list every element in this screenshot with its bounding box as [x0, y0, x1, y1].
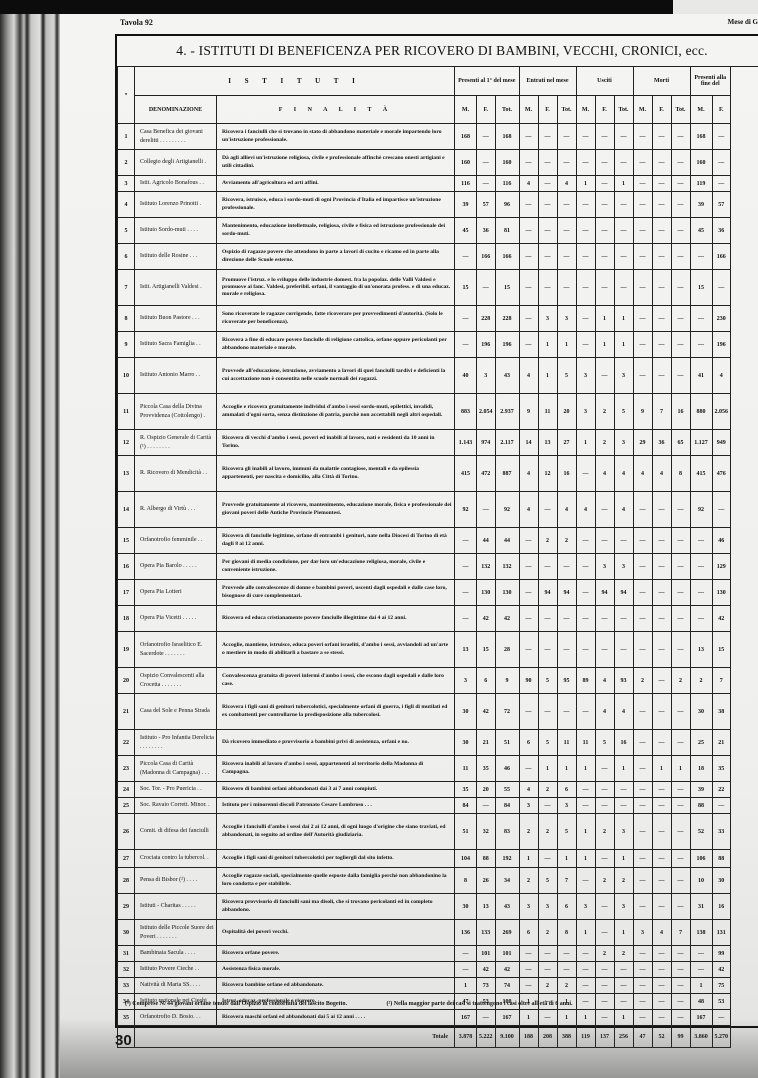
value-cell: — [652, 694, 671, 730]
value-cell: 29 [633, 430, 652, 456]
value-cell: 166 [477, 244, 496, 270]
value-cell: 81 [495, 218, 519, 244]
value-cell: — [557, 192, 576, 218]
value-cell: 51 [495, 730, 519, 756]
value-cell: — [671, 528, 690, 554]
institute-name: Opera Pia Vicetti . . . . . [135, 606, 217, 632]
value-cell: 472 [477, 456, 496, 492]
value-cell: 18 [690, 756, 712, 782]
value-cell: — [595, 798, 614, 814]
value-cell: 132 [477, 554, 496, 580]
institute-purpose: Promuove l'istruz. e lo sviluppo delle i… [217, 270, 455, 306]
subheader-cell: F. [652, 96, 671, 124]
table-label: Tavola 92 [120, 18, 153, 27]
group-header-presenti-fine: Presenti alla fine del [690, 67, 731, 96]
subheader-cell: F. [712, 96, 731, 124]
institute-name: Soc. Ravaio Corrett. Minor. . [135, 798, 217, 814]
value-cell: — [538, 176, 557, 192]
value-cell: 88 [712, 850, 731, 868]
value-cell: 1 [576, 920, 595, 946]
value-cell: 16 [614, 730, 633, 756]
value-cell: — [455, 580, 477, 606]
value-cell: — [595, 244, 614, 270]
value-cell: — [595, 782, 614, 798]
institute-purpose: Avviamento all'agricoltura ed arti affin… [217, 176, 455, 192]
value-cell: — [519, 150, 538, 176]
row-index: 6 [118, 244, 135, 270]
value-cell: 3 [519, 798, 538, 814]
value-cell: — [519, 606, 538, 632]
value-cell: 21 [477, 730, 496, 756]
denominazione-header: DENOMINAZIONE [135, 96, 217, 124]
value-cell: 11 [557, 730, 576, 756]
value-cell: — [576, 528, 595, 554]
value-cell: 5 [538, 868, 557, 894]
value-cell: 4 [519, 456, 538, 492]
value-cell: — [633, 176, 652, 192]
institute-name: Orfanotrofio Israelitico E. Sacerdote . … [135, 632, 217, 668]
value-cell: 101 [477, 946, 496, 962]
value-cell: 415 [690, 456, 712, 492]
value-cell: — [690, 962, 712, 978]
value-cell: 42 [712, 962, 731, 978]
value-cell: 130 [712, 580, 731, 606]
value-cell: 2 [633, 668, 652, 694]
value-cell: 94 [614, 580, 633, 606]
value-cell: — [576, 632, 595, 668]
row-index: 9 [118, 332, 135, 358]
value-cell: — [557, 632, 576, 668]
subheader-cell: F. [538, 96, 557, 124]
value-cell: — [633, 218, 652, 244]
value-cell: — [538, 850, 557, 868]
value-cell: 42 [495, 962, 519, 978]
value-cell: 1 [671, 756, 690, 782]
value-cell: 2 [671, 668, 690, 694]
value-cell: — [519, 528, 538, 554]
value-cell: 4 [614, 456, 633, 492]
institute-name: Ospizio Convalescenti alla Crocetta . . … [135, 668, 217, 694]
value-cell: 1 [557, 850, 576, 868]
institute-name: Orfanotrofio femminile . . [135, 528, 217, 554]
value-cell: 2 [538, 978, 557, 994]
value-cell: — [633, 894, 652, 920]
value-cell: 4 [576, 492, 595, 528]
subheader-cell: F. [477, 96, 496, 124]
value-cell: 4 [519, 176, 538, 192]
value-cell: — [614, 244, 633, 270]
value-cell: — [477, 798, 496, 814]
value-cell: — [455, 306, 477, 332]
value-cell: 4 [557, 492, 576, 528]
institute-name: Piccola Casa di Carità (Madonna di Campa… [135, 756, 217, 782]
value-cell: 73 [477, 978, 496, 994]
value-cell: 16 [712, 894, 731, 920]
finalita-header: F I N A L I T À [217, 96, 455, 124]
value-cell: 30 [455, 694, 477, 730]
value-cell: — [671, 694, 690, 730]
value-cell: 116 [455, 176, 477, 192]
row-index: 22 [118, 730, 135, 756]
value-cell: — [595, 632, 614, 668]
value-cell: — [671, 814, 690, 850]
value-cell: — [595, 850, 614, 868]
value-cell: 166 [495, 244, 519, 270]
value-cell: 4 [614, 694, 633, 730]
table-row: 11Piccola Casa della Divina Provvidenza … [118, 394, 731, 430]
value-cell: — [538, 270, 557, 306]
value-cell: 1.127 [690, 430, 712, 456]
value-cell: — [633, 756, 652, 782]
value-cell: 20 [557, 394, 576, 430]
value-cell: — [519, 580, 538, 606]
institute-purpose: Ricovera orfane povere. [217, 946, 455, 962]
table-row: 7Istit. Artigianelli Valdesi .Promuove l… [118, 270, 731, 306]
value-cell: — [519, 332, 538, 358]
value-cell: 3 [538, 306, 557, 332]
value-cell: — [576, 782, 595, 798]
institute-name: Collegio degli Artigianelli . [135, 150, 217, 176]
value-cell: — [538, 124, 557, 150]
value-cell: — [595, 270, 614, 306]
institute-name: Comit. di difesa dei fanciulli [135, 814, 217, 850]
value-cell: — [538, 150, 557, 176]
value-cell: — [614, 218, 633, 244]
institute-purpose: Ricovero di bambini orfani abbandonati d… [217, 782, 455, 798]
value-cell: — [576, 798, 595, 814]
institute-name: R. Albergo di Virtù . . . [135, 492, 217, 528]
value-cell: — [671, 244, 690, 270]
value-cell: — [652, 850, 671, 868]
value-cell: — [671, 868, 690, 894]
institute-name: Istituto Sacra Famiglia . . [135, 332, 217, 358]
value-cell: — [652, 730, 671, 756]
value-cell: 196 [477, 332, 496, 358]
row-index: 4 [118, 192, 135, 218]
value-cell: — [652, 150, 671, 176]
value-cell: — [519, 218, 538, 244]
institute-name: Natività di Maria SS. . . . [135, 978, 217, 994]
value-cell: 2 [614, 868, 633, 894]
row-index: 12 [118, 430, 135, 456]
value-cell: 6 [557, 782, 576, 798]
value-cell: — [690, 244, 712, 270]
value-cell: 38 [712, 694, 731, 730]
value-cell: 12 [538, 456, 557, 492]
value-cell: — [557, 150, 576, 176]
value-cell: — [538, 632, 557, 668]
value-cell: 11 [538, 394, 557, 430]
value-cell: 1 [595, 306, 614, 332]
value-cell: 136 [455, 920, 477, 946]
value-cell: 5 [614, 394, 633, 430]
value-cell: — [633, 868, 652, 894]
value-cell: 84 [455, 798, 477, 814]
value-cell: — [633, 962, 652, 978]
value-cell: 1 [557, 756, 576, 782]
institute-purpose: Ricovera bambine orfane ed abbandonate. [217, 978, 455, 994]
book-binding [0, 14, 60, 1078]
institute-name: R. Ricovero di Mendicità . . [135, 456, 217, 492]
value-cell: — [557, 554, 576, 580]
value-cell: 99 [712, 946, 731, 962]
table-row: 2Collegio degli Artigianelli .Dà agli al… [118, 150, 731, 176]
value-cell: — [671, 978, 690, 994]
value-cell: 35 [477, 756, 496, 782]
table-row: 29Istituti - Charitas . . . . .Ricovera … [118, 894, 731, 920]
value-cell: 1 [652, 756, 671, 782]
value-cell: 13 [455, 632, 477, 668]
value-cell: — [595, 358, 614, 394]
document-page: Tavola 92 Mese di G 4. - ISTITUTI DI BEN… [60, 14, 758, 1078]
row-index: 7 [118, 270, 135, 306]
value-cell: — [614, 124, 633, 150]
table-row: 6Istituto delle Rosine . . .Ospizio di r… [118, 244, 731, 270]
value-cell: 1 [576, 814, 595, 850]
value-cell: — [538, 192, 557, 218]
value-cell: 1 [557, 332, 576, 358]
value-cell: — [538, 554, 557, 580]
subheader-cell: M. [690, 96, 712, 124]
value-cell: 8 [455, 868, 477, 894]
value-cell: 94 [557, 580, 576, 606]
institute-name: Istit. Artigianelli Valdesi . [135, 270, 217, 306]
value-cell: 2 [614, 946, 633, 962]
value-cell: 3 [614, 814, 633, 850]
value-cell: 880 [690, 394, 712, 430]
value-cell: 1 [576, 430, 595, 456]
value-cell: 2 [557, 528, 576, 554]
value-cell: — [538, 606, 557, 632]
value-cell: 230 [712, 306, 731, 332]
value-cell: — [671, 946, 690, 962]
subheader-cell: M. [455, 96, 477, 124]
value-cell: 160 [495, 150, 519, 176]
value-cell: 131 [712, 920, 731, 946]
row-index: 5 [118, 218, 135, 244]
value-cell: — [712, 798, 731, 814]
value-cell: 4 [595, 668, 614, 694]
value-cell: 1 [576, 176, 595, 192]
value-cell: — [595, 894, 614, 920]
value-cell: 94 [595, 580, 614, 606]
value-cell: 1 [538, 358, 557, 394]
value-cell: — [557, 270, 576, 306]
value-cell: 15 [455, 270, 477, 306]
value-cell: — [652, 244, 671, 270]
value-cell: 93 [614, 668, 633, 694]
table-frame: 4. - ISTITUTI DI BENEFICENZA PER RICOVER… [115, 34, 758, 1028]
institute-purpose: Dà ricovero immediato e provvisorio a ba… [217, 730, 455, 756]
value-cell: — [576, 580, 595, 606]
value-cell: 133 [477, 920, 496, 946]
value-cell: — [455, 244, 477, 270]
subheader-cell: M. [633, 96, 652, 124]
institute-purpose: Dà agli allievi un'istruzione religiosa,… [217, 150, 455, 176]
value-cell: 132 [495, 554, 519, 580]
value-cell: 11 [455, 756, 477, 782]
value-cell: 2 [595, 868, 614, 894]
value-cell: — [712, 270, 731, 306]
value-cell: — [652, 528, 671, 554]
value-cell: — [690, 528, 712, 554]
table-row: 14R. Albergo di Virtù . . .Provvede grat… [118, 492, 731, 528]
value-cell: — [633, 782, 652, 798]
value-cell: 2 [690, 668, 712, 694]
value-cell: 1 [576, 850, 595, 868]
value-cell: 1 [538, 756, 557, 782]
table-row: 17Opera Pia LotteriProvvede alle convale… [118, 580, 731, 606]
value-cell: 57 [477, 192, 496, 218]
value-cell: — [633, 554, 652, 580]
value-cell: 13 [477, 894, 496, 920]
scan-shadow [60, 1018, 758, 1078]
value-cell: — [671, 554, 690, 580]
value-cell: — [576, 306, 595, 332]
institute-name: Opera Pia Barolo . . . . . [135, 554, 217, 580]
value-cell: 6 [519, 920, 538, 946]
value-cell: — [538, 962, 557, 978]
value-cell: 228 [495, 306, 519, 332]
institute-name: Istituto - Pro Infantia Derelicta . . . … [135, 730, 217, 756]
value-cell: — [576, 244, 595, 270]
value-cell: — [652, 218, 671, 244]
value-cell: 36 [477, 218, 496, 244]
value-cell: 2.056 [712, 394, 731, 430]
value-cell: — [671, 782, 690, 798]
value-cell: — [652, 868, 671, 894]
value-cell: 9 [633, 394, 652, 430]
value-cell: 9 [519, 394, 538, 430]
value-cell: — [671, 730, 690, 756]
value-cell: 6 [519, 730, 538, 756]
value-cell: 30 [455, 730, 477, 756]
value-cell: — [652, 306, 671, 332]
row-index: 21 [118, 694, 135, 730]
institute-purpose: Ricovera inabili al lavoro d'ambo i sess… [217, 756, 455, 782]
value-cell: 2.054 [477, 394, 496, 430]
row-index: 31 [118, 946, 135, 962]
value-cell: — [633, 978, 652, 994]
value-cell: 30 [712, 868, 731, 894]
table-row: 3Istit. Agricolo Bonafous . .Avviamento … [118, 176, 731, 192]
value-cell: — [614, 606, 633, 632]
value-cell: — [633, 730, 652, 756]
value-cell: — [519, 244, 538, 270]
subheader-cell: Tot. [614, 96, 633, 124]
row-index: 33 [118, 978, 135, 994]
value-cell: — [614, 192, 633, 218]
value-cell: — [690, 946, 712, 962]
value-cell: — [671, 192, 690, 218]
value-cell: — [519, 756, 538, 782]
value-cell: — [557, 218, 576, 244]
value-cell: 1 [538, 332, 557, 358]
value-cell: 2 [538, 528, 557, 554]
value-cell: — [576, 456, 595, 492]
row-index: 19 [118, 632, 135, 668]
value-cell: 160 [690, 150, 712, 176]
value-cell: 1 [614, 756, 633, 782]
value-cell: — [633, 150, 652, 176]
value-cell: — [652, 492, 671, 528]
value-cell: — [477, 176, 496, 192]
value-cell: 3 [614, 894, 633, 920]
value-cell: 5 [538, 730, 557, 756]
value-cell: 55 [495, 782, 519, 798]
value-cell: 1 [614, 332, 633, 358]
table-row: 24Soc. Tor. - Pro Puericia . .Ricovero d… [118, 782, 731, 798]
value-cell: — [614, 962, 633, 978]
value-cell: — [671, 962, 690, 978]
value-cell: 3 [576, 394, 595, 430]
value-cell: — [652, 894, 671, 920]
value-cell: — [557, 124, 576, 150]
value-cell: — [595, 528, 614, 554]
value-cell: 3 [576, 894, 595, 920]
institute-name: Piccola Casa della Divina Provvidenza (C… [135, 394, 217, 430]
value-cell: — [595, 492, 614, 528]
value-cell: 30 [455, 894, 477, 920]
value-cell: 2 [538, 814, 557, 850]
value-cell: — [538, 798, 557, 814]
value-cell: — [576, 694, 595, 730]
institute-purpose: Mantenimento, educazione intellettuale, … [217, 218, 455, 244]
value-cell: — [671, 850, 690, 868]
value-cell: — [671, 124, 690, 150]
institute-purpose: Ricovera ed educa cristianamente povere … [217, 606, 455, 632]
value-cell: 72 [495, 694, 519, 730]
value-cell: 166 [712, 244, 731, 270]
value-cell: — [671, 332, 690, 358]
group-header-usciti: Usciti [576, 67, 633, 96]
value-cell: — [633, 580, 652, 606]
running-head: Mese di G [728, 18, 758, 26]
row-index: 27 [118, 850, 135, 868]
value-cell: 4 [614, 492, 633, 528]
table-row: 19Orfanotrofio Israelitico E. Sacerdote … [118, 632, 731, 668]
value-cell: 2.937 [495, 394, 519, 430]
value-cell: — [671, 150, 690, 176]
value-cell: 160 [455, 150, 477, 176]
table-row: 1Casa Benefica dei giovani derelitti . .… [118, 124, 731, 150]
institute-purpose: Ricovera a fine di educare povere fanciu… [217, 332, 455, 358]
table-row: 30Istituto delle Piccole Suore dei Pover… [118, 920, 731, 946]
value-cell: 30 [690, 694, 712, 730]
value-cell: — [633, 358, 652, 394]
value-cell: — [652, 332, 671, 358]
table-row: 9Istituto Sacra Famiglia . .Ricovera a f… [118, 332, 731, 358]
value-cell: — [690, 606, 712, 632]
value-cell: 34 [495, 868, 519, 894]
institute-name: Istituti - Charitas . . . . . [135, 894, 217, 920]
value-cell: — [652, 978, 671, 994]
subheader-cell: M. [576, 96, 595, 124]
value-cell: — [652, 270, 671, 306]
value-cell: 7 [557, 868, 576, 894]
value-cell: — [633, 814, 652, 850]
value-cell: 39 [455, 192, 477, 218]
value-cell: — [538, 244, 557, 270]
value-cell: — [519, 946, 538, 962]
value-cell: 13 [538, 430, 557, 456]
value-cell: — [595, 150, 614, 176]
subheader-cell: Tot. [495, 96, 519, 124]
value-cell: — [576, 192, 595, 218]
value-cell: — [519, 192, 538, 218]
value-cell: 129 [712, 554, 731, 580]
value-cell: — [712, 150, 731, 176]
